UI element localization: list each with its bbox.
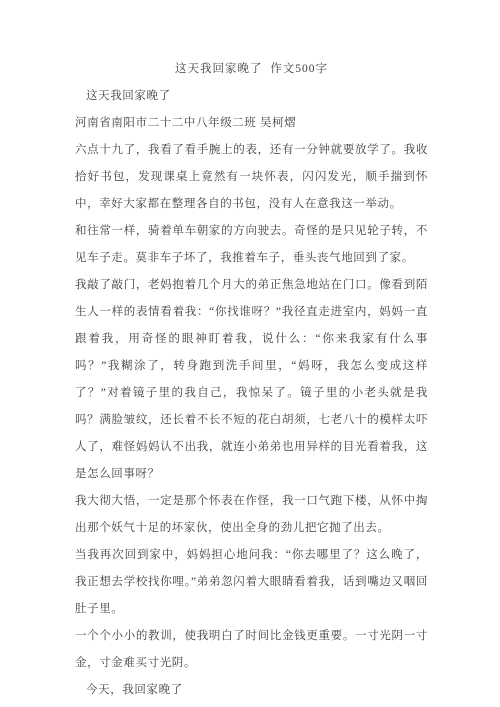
essay-paragraph-3: 我敲了敲门，老妈抱着几个月大的弟正焦急地站在门口。像看到陌生人一样的表情看着我：…: [75, 272, 428, 488]
essay-heading: 这天我回家晚了: [75, 83, 428, 110]
essay-body: 这天我回家晚了 作文500字 这天我回家晚了 河南省南阳市二十二中八年级二班 吴…: [75, 56, 428, 704]
essay-paragraph-4: 我大彻大悟，一定是那个怀表在作怪，我一口气跑下楼，从怀中掏出那个妖气十足的坏家伙…: [75, 488, 428, 542]
essay-paragraph-2: 和往常一样，骑着单车朝家的方向驶去。奇怪的是只见轮子转，不见车子走。莫非车子坏了…: [75, 218, 428, 272]
page-title: 这天我回家晚了 作文500字: [75, 56, 428, 83]
document-page: 这天我回家晚了 作文500字 这天我回家晚了 河南省南阳市二十二中八年级二班 吴…: [0, 0, 500, 707]
essay-closing-line: 今天，我回家晚了: [75, 677, 428, 704]
essay-paragraph-6: 一个个小小的教训，使我明白了时间比金钱更重要。一寸光阴一寸金，寸金难买寸光阴。: [75, 623, 428, 677]
essay-byline: 河南省南阳市二十二中八年级二班 吴柯熠: [75, 110, 428, 137]
essay-paragraph-1: 六点十九了，我看了看手腕上的表，还有一分钟就要放学了。我收拾好书包，发现课桌上竟…: [75, 137, 428, 218]
essay-paragraph-5: 当我再次回到家中，妈妈担心地问我：“你去哪里了？这么晚了，我正想去学校找你哩。”…: [75, 542, 428, 623]
